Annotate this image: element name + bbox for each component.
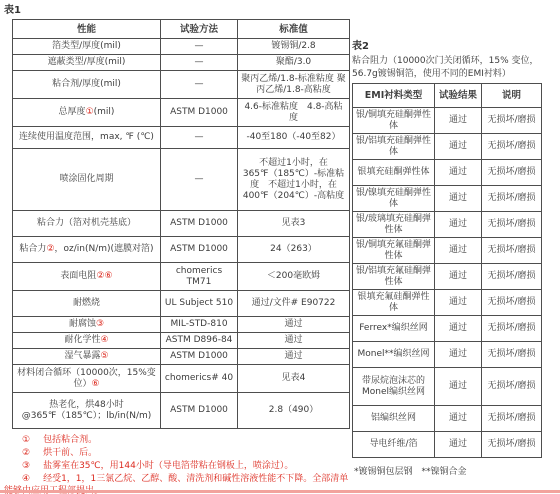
table-row: 表面电阻②⑥chomerics TM71＜200毫欧姆: [13, 263, 350, 291]
table-row: 银/玻璃填充硅酮弹性体通过无损坏/磨损: [353, 212, 542, 238]
emi-type-cell: 导电纤维/箔: [353, 432, 435, 458]
table-row: 银/铝填充氟硅酮弹性体通过无损坏/磨损: [353, 264, 542, 290]
footnote-marker: ④: [100, 335, 108, 345]
footnote-line: ①包括粘合剂。: [4, 434, 351, 446]
property-text: 湿气暴露: [64, 351, 100, 361]
value-cell: 见表3: [238, 211, 350, 237]
col-header-performance: 性能: [13, 20, 161, 39]
value-cell: 通过: [238, 317, 350, 333]
table-row: 粘合剂/厚度(mil)—聚丙乙烯/1.8-标准粘度 聚丙乙烯/1.8-高粘度: [13, 71, 350, 99]
table-row: Monel**编织丝网通过无损坏/磨损: [353, 342, 542, 368]
emi-type-cell: 银/铝填充硅酮弹性体: [353, 134, 435, 160]
emi-type-cell: 银/铜填充氟硅酮弹性体: [353, 238, 435, 264]
value-cell: 聚酯/3.0: [238, 55, 350, 71]
property-text-post: (mil): [94, 107, 115, 117]
emi-type-cell: 银/铝填充氟硅酮弹性体: [353, 264, 435, 290]
value-cell: 镀锡铜/2.8: [238, 39, 350, 55]
property-cell: 总厚度①(mil): [13, 99, 161, 127]
note-cell: 无损坏/磨损: [482, 238, 542, 264]
table2-header-row: EMI衬料类型 试验结果 说明: [353, 84, 542, 108]
emi-type-cell: 银填充硅酮弹性体: [353, 160, 435, 186]
table2-intro: 粘合阻力（10000次门关闭循环，15% 变位，56.7g镀锡铜箔，使用不同的E…: [352, 55, 553, 81]
result-cell: 通过: [435, 290, 482, 316]
note-cell: 无损坏/磨损: [482, 264, 542, 290]
result-cell: 通过: [435, 432, 482, 458]
property-text: 表面电阻: [60, 271, 96, 281]
table2-footnote: *镀锡铜包层钢 **镍铜合金: [354, 464, 553, 477]
footnote-marker: ③: [96, 319, 104, 329]
property-text: 连续使用温度范围，max, ℉ (℃): [19, 132, 154, 142]
method-cell: —: [161, 55, 238, 71]
result-cell: 通过: [435, 108, 482, 134]
property-text: 喷涂固化周期: [59, 174, 113, 184]
table-row: 银/铜填充硅酮弹性体通过无损坏/磨损: [353, 108, 542, 134]
property-text: 粘合剂/厚度(mil): [52, 79, 121, 89]
property-text: 箔类型/厚度(mil): [52, 41, 121, 51]
note-cell: 无损坏/磨损: [482, 212, 542, 238]
property-cell: 喷涂固化周期: [13, 149, 161, 211]
result-cell: 通过: [435, 238, 482, 264]
table1-section: 表1 性能 试验方法 标准值 箔类型/厚度(mil)—镀锡铜/2.8 遮蔽类型/…: [4, 4, 351, 494]
table-row: 银填充氟硅酮弹性体通过无损坏/磨损: [353, 290, 542, 316]
note-cell: 无损坏/磨损: [482, 316, 542, 342]
property-cell: 热老化，烘48小时 @365℉（185℃）；lb/in(N/m): [13, 393, 161, 429]
value-cell: 聚丙乙烯/1.8-标准粘度 聚丙乙烯/1.8-高粘度: [238, 71, 350, 99]
result-cell: 通过: [435, 368, 482, 406]
table-row: 银/铜填充氟硅酮弹性体通过无损坏/磨损: [353, 238, 542, 264]
table-row: 带尿烷泡沫芯的Monel编织丝网通过无损坏/磨损: [353, 368, 542, 406]
footnote-marker: ①: [22, 435, 30, 445]
property-text: 材料闭合循环（10000次，15%变位）: [17, 368, 156, 389]
footnote-marker: ①: [86, 107, 94, 117]
table-row: 连续使用温度范围，max, ℉ (℃)—-40至180（-40至82）: [13, 127, 350, 149]
table2: EMI衬料类型 试验结果 说明 银/铜填充硅酮弹性体通过无损坏/磨损 银/铝填充…: [352, 83, 542, 458]
table-row: 铝编织丝网通过无损坏/磨损: [353, 406, 542, 432]
note-cell: 无损坏/磨损: [482, 134, 542, 160]
note-cell: 无损坏/磨损: [482, 406, 542, 432]
table-row: 粘合力②，oz/in(N/m)(遮膜对箔)ASTM D100024（263）: [13, 237, 350, 263]
footnote-marker: ②: [46, 244, 54, 254]
bottom-divider: [0, 490, 560, 493]
note-cell: 无损坏/磨损: [482, 290, 542, 316]
emi-type-cell: 银/镍填充硅酮弹性体: [353, 186, 435, 212]
method-cell: UL Subject 510: [161, 291, 238, 317]
col-header-method: 试验方法: [161, 20, 238, 39]
method-cell: MIL-STD-810: [161, 317, 238, 333]
value-cell: ＜200毫欧姆: [238, 263, 350, 291]
footnote-text: 盐雾室在35℃，用144小时（导电箔带粘在钢板上，喷涂过）。: [43, 461, 293, 471]
property-cell: 粘合力②，oz/in(N/m)(遮膜对箔): [13, 237, 161, 263]
property-cell: 材料闭合循环（10000次，15%变位）⑥: [13, 365, 161, 393]
table-row: 耐燃烧UL Subject 510通过/文件# E90722: [13, 291, 350, 317]
method-cell: —: [161, 127, 238, 149]
property-text-post: ，oz/in(N/m)(遮膜对箔): [55, 244, 154, 254]
col-header-emi-type: EMI衬料类型: [353, 84, 435, 108]
property-text: 耐燃烧: [73, 298, 100, 308]
table-row: 遮蔽类型/厚度(mil)—聚酯/3.0: [13, 55, 350, 71]
property-cell: 耐化学性④: [13, 333, 161, 349]
property-text: 遮蔽类型/厚度(mil): [48, 57, 126, 67]
table1-header-row: 性能 试验方法 标准值: [13, 20, 350, 39]
footnote-text: 烘干前、后。: [43, 448, 97, 458]
method-cell: —: [161, 149, 238, 211]
footnote-marker: ④: [22, 474, 30, 484]
table-row: Ferrex*编织丝网通过无损坏/磨损: [353, 316, 542, 342]
method-cell: chomerics TM71: [161, 263, 238, 291]
table-row: 银填充硅酮弹性体通过无损坏/磨损: [353, 160, 542, 186]
table1: 性能 试验方法 标准值 箔类型/厚度(mil)—镀锡铜/2.8 遮蔽类型/厚度(…: [12, 19, 350, 429]
result-cell: 通过: [435, 160, 482, 186]
emi-type-cell: Ferrex*编织丝网: [353, 316, 435, 342]
property-text: 总厚度: [59, 107, 86, 117]
footnote-line: ③盐雾室在35℃，用144小时（导电箔带粘在钢板上，喷涂过）。: [4, 460, 351, 472]
footnote-marker: ②: [22, 448, 30, 458]
method-cell: —: [161, 71, 238, 99]
result-cell: 通过: [435, 212, 482, 238]
result-cell: 通过: [435, 264, 482, 290]
property-cell: 粘合力（箔对机壳基底）: [13, 211, 161, 237]
property-text: 粘合力: [19, 244, 46, 254]
property-text: 粘合力（箔对机壳基底）: [37, 218, 136, 228]
property-cell: 湿气暴露⑤: [13, 349, 161, 365]
table-row: 导电纤维/箔通过无损坏/磨损: [353, 432, 542, 458]
property-text: 热老化，烘48小时 @365℉（185℃）；lb/in(N/m): [22, 400, 152, 421]
result-cell: 通过: [435, 186, 482, 212]
table-row: 耐化学性④ASTM D896-84通过: [13, 333, 350, 349]
table-row: 粘合力（箔对机壳基底）ASTM D1000见表3: [13, 211, 350, 237]
note-cell: 无损坏/磨损: [482, 368, 542, 406]
method-cell: ASTM D1000: [161, 237, 238, 263]
footnote-marker: ②⑥: [96, 271, 112, 281]
value-cell: 2.8（490）: [238, 393, 350, 429]
table-row: 耐腐蚀③MIL-STD-810通过: [13, 317, 350, 333]
value-cell: 见表4: [238, 365, 350, 393]
value-cell: 24（263）: [238, 237, 350, 263]
footnote-marker: ③: [22, 461, 30, 471]
table1-label: 表1: [4, 4, 351, 18]
property-cell: 箔类型/厚度(mil): [13, 39, 161, 55]
result-cell: 通过: [435, 406, 482, 432]
method-cell: ASTM D896-84: [161, 333, 238, 349]
page: { "colors":{"text":"#3c3c3c","red_accent…: [0, 0, 560, 494]
method-cell: ASTM D1000: [161, 349, 238, 365]
note-cell: 无损坏/磨损: [482, 160, 542, 186]
table-row: 喷涂固化周期—不超过1小时，在365℉（185℃）-标准粘度 不超过1小时，在4…: [13, 149, 350, 211]
value-cell: 4.6-标准粘度 4.8-高粘度: [238, 99, 350, 127]
property-text: 耐腐蚀: [69, 319, 96, 329]
method-cell: ASTM D1000: [161, 211, 238, 237]
table-row: 箔类型/厚度(mil)—镀锡铜/2.8: [13, 39, 350, 55]
note-cell: 无损坏/磨损: [482, 108, 542, 134]
emi-type-cell: 铝编织丝网: [353, 406, 435, 432]
col-header-standard: 标准值: [238, 20, 350, 39]
method-cell: ASTM D1000: [161, 393, 238, 429]
emi-type-cell: 银填充氟硅酮弹性体: [353, 290, 435, 316]
table-row: 银/铝填充硅酮弹性体通过无损坏/磨损: [353, 134, 542, 160]
note-cell: 无损坏/磨损: [482, 186, 542, 212]
method-cell: ASTM D1000: [161, 99, 238, 127]
result-cell: 通过: [435, 134, 482, 160]
property-text: 耐化学性: [64, 335, 100, 345]
property-cell: 粘合剂/厚度(mil): [13, 71, 161, 99]
table-row: 材料闭合循环（10000次，15%变位）⑥chomerics# 40见表4: [13, 365, 350, 393]
result-cell: 通过: [435, 342, 482, 368]
table-row: 湿气暴露⑤ASTM D1000通过: [13, 349, 350, 365]
value-cell: 通过: [238, 349, 350, 365]
emi-type-cell: 银/铜填充硅酮弹性体: [353, 108, 435, 134]
value-cell: 不超过1小时，在365℉（185℃）-标准粘度 不超过1小时，在400℉（204…: [238, 149, 350, 211]
property-cell: 耐腐蚀③: [13, 317, 161, 333]
method-cell: —: [161, 39, 238, 55]
emi-type-cell: 带尿烷泡沫芯的Monel编织丝网: [353, 368, 435, 406]
value-cell: -40至180（-40至82）: [238, 127, 350, 149]
value-cell: 通过/文件# E90722: [238, 291, 350, 317]
note-cell: 无损坏/磨损: [482, 432, 542, 458]
note-cell: 无损坏/磨损: [482, 342, 542, 368]
footnote-text: 包括粘合剂。: [43, 435, 97, 445]
table-row: 银/镍填充硅酮弹性体通过无损坏/磨损: [353, 186, 542, 212]
col-header-result: 试验结果: [435, 84, 482, 108]
footnote-line: ②烘干前、后。: [4, 447, 351, 459]
property-cell: 连续使用温度范围，max, ℉ (℃): [13, 127, 161, 149]
table1-footnotes: ①包括粘合剂。 ②烘干前、后。 ③盐雾室在35℃，用144小时（导电箔带粘在钢板…: [4, 434, 351, 494]
footnote-marker: ⑤: [100, 351, 108, 361]
emi-type-cell: 银/玻璃填充硅酮弹性体: [353, 212, 435, 238]
method-cell: chomerics# 40: [161, 365, 238, 393]
result-cell: 通过: [435, 316, 482, 342]
table2-section: 表2 粘合阻力（10000次门关闭循环，15% 变位，56.7g镀锡铜箔，使用不…: [352, 40, 553, 477]
footnote-marker: ⑥: [91, 379, 99, 389]
value-cell: 通过: [238, 333, 350, 349]
property-cell: 耐燃烧: [13, 291, 161, 317]
table-row: 总厚度①(mil)ASTM D10004.6-标准粘度 4.8-高粘度: [13, 99, 350, 127]
property-cell: 表面电阻②⑥: [13, 263, 161, 291]
col-header-note: 说明: [482, 84, 542, 108]
table-row: 热老化，烘48小时 @365℉（185℃）；lb/in(N/m)ASTM D10…: [13, 393, 350, 429]
table2-label: 表2: [352, 40, 553, 54]
emi-type-cell: Monel**编织丝网: [353, 342, 435, 368]
property-cell: 遮蔽类型/厚度(mil): [13, 55, 161, 71]
